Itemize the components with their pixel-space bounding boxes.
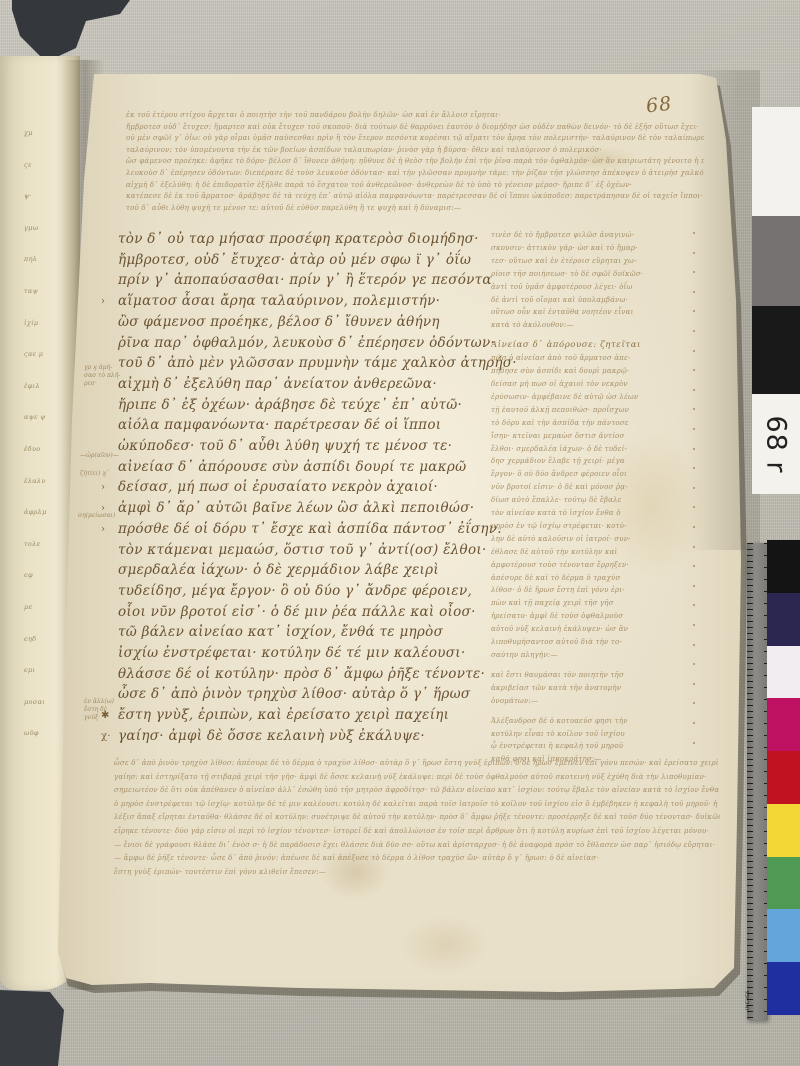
pricking-dot xyxy=(693,448,695,450)
scholia-line: μηρὸσ ἐν τῷ ἰσχίῳ στρέφεται· κοτύ- xyxy=(491,520,697,533)
verse-text: τῶ βάλεν αἰνείαο κατ᾽ ἰσχίον, ἔνθά τε μη… xyxy=(118,624,443,640)
pricking-dot xyxy=(693,232,695,234)
scholia-line: κατέπεσε δὲ ἐκ τοῦ ἅρματοσ· ἀράβησε δὲ τ… xyxy=(126,191,704,203)
color-patch xyxy=(767,698,800,751)
scholia-line: νῦν βροτοί εἰσιν· ὁ δὲ καὶ μόνοσ ῥᾳ- xyxy=(491,481,697,494)
scholia-line: τῇ ἑαυτοῦ ἀλκῇ πεποιθώσ· προΐσχων xyxy=(491,404,697,417)
scholia-line: ἴσην· κτεῖναι μεμαὼσ ὅστισ ἀντίοσ xyxy=(491,430,697,443)
left-margin-note: ἐν ἄλλ(ω)ἔστη δὲγνὺξ· xyxy=(84,698,114,722)
scholia-line: ὦσε δ᾽ ἀπὸ ῥινὸν τρηχὺσ λίθοσ: ἀπέσυρε δ… xyxy=(114,757,720,771)
scholia-line: ἀκριβείασ τῶν κατὰ τὴν ἀνατομὴν xyxy=(491,682,697,695)
pricking-dot xyxy=(693,291,695,293)
verse-text: ἀμφὶ δ᾽ ἄρ᾽ αὐτῶι βαῖνε λέων ὣσ ἀλκὶ πεπ… xyxy=(118,500,474,516)
scholia-line: σαύτην πληγήν:— xyxy=(491,649,697,662)
iliad-verse-line: ἤριπε δ᾽ ἐξ ὀχέων· ἀράβησε δὲ τεύχε᾽ ἐπ᾽… xyxy=(118,395,486,416)
color-patch xyxy=(767,593,800,646)
verse-text: τοῦ δ᾽ ἀπὸ μὲν γλῶσσαν πρυμνὴν τάμε χαλκ… xyxy=(118,355,517,371)
marginal-sign: χ· xyxy=(101,727,111,748)
iliad-verse-line: πρίν γ᾽ ἀποπαύσασθαι· πρίν γ᾽ ἢ ἕτερόν γ… xyxy=(118,270,486,291)
scholia-line: πήδησε σὺν ἀσπίδι καὶ δουρὶ μακρῷ· xyxy=(491,365,697,378)
margin-note-line: ἔστη δὲ xyxy=(84,706,114,714)
scholia-line: λευκοὺσ δ᾽ ἐπέρησεν ὀδόντων: διεπέρασε δ… xyxy=(126,168,704,180)
color-patch xyxy=(767,646,800,699)
color-calibration-bar xyxy=(767,540,800,1015)
marginal-sign: › xyxy=(101,520,105,541)
scholia-line: τὸν αἰνείαν κατὰ τὸ ἰσχίον ἔνθα ὁ xyxy=(491,507,697,520)
pricking-dot xyxy=(693,487,695,489)
pricking-dot xyxy=(693,350,695,352)
scholia-line: ἀπέσυρε δὲ καὶ τὸ δέρμα ὁ τραχὺσ xyxy=(491,572,697,585)
pricking-dot xyxy=(693,742,695,744)
scholia-line: ᾧ ἐνστρέφεται ἡ κεφαλὴ τοῦ μηροῦ xyxy=(491,740,697,753)
color-patch xyxy=(767,540,800,593)
iliad-verse-line: › δείσασ, μή πωσ οἱ ἐρυσαίατο νεκρὸν ἀχα… xyxy=(118,477,486,498)
pricking-dot xyxy=(693,683,695,685)
manuscript-photo: χμϛεψ·γμωπηλταψἰχίμϛαε μἐφιλαψε ψἐδυοἐλα… xyxy=(0,0,800,1066)
photographic-ruler: 123456789 INCHES xyxy=(747,543,768,1020)
verse-text: τὸν δ᾽ οὐ ταρ μήσασ προσέφη κρατερὸσ διο… xyxy=(118,231,479,247)
pricking-dot xyxy=(693,722,695,724)
scholia-line: ἔλθοι· σμερδαλέα ἰάχων· ὁ δὲ τυδεί- xyxy=(491,443,697,456)
pricking-dot xyxy=(693,546,695,548)
verse-text: πρόσθε δέ οἱ δόρυ τ᾽ ἔσχε καὶ ἀσπίδα πάν… xyxy=(118,521,502,537)
left-margin-note: —ὡρ(αῖον)— xyxy=(80,452,119,460)
pricking-dot xyxy=(693,389,695,391)
scholia-line: ταλαύρινον: τὸν ὑπομένοντα τὴν ἐκ τῶν βο… xyxy=(126,145,704,157)
scholia-line: ἀμφοτέρουσ τοὺσ τένοντασ ἔρρηξεν· xyxy=(491,559,697,572)
scholia-line: λέξισ ἅπαξ εἴρηται ἐνταῦθα· θλάσσε δέ οἱ… xyxy=(114,811,720,825)
iliad-verse-line: τῶ βάλεν αἰνείαο κατ᾽ ἰσχίον, ἔνθά τε μη… xyxy=(118,622,486,643)
scholia-line: ἔργον· ὃ οὐ δύο ἄνδρεσ φέροιεν οἷοι xyxy=(491,468,697,481)
folio-label-card: 68 r xyxy=(752,394,800,494)
iliad-verse-line: ἰσχίω ἐνστρέφεται· κοτύλην δέ τέ μιν καλ… xyxy=(118,643,486,664)
iliad-verse-line: χ· γαίησ· ἀμφὶ δὲ ὄσσε κελαινὴ νὺξ ἐκάλυ… xyxy=(118,726,486,747)
margin-note-line: ρεσ· xyxy=(84,380,120,388)
folio-label-text: 68 r xyxy=(761,415,792,473)
scholia-line: ὀνομάτων:— xyxy=(491,695,697,708)
verse-text: οἷοι νῦν βροτοί εἰσ᾽· ὁ δέ μιν ῥέα πάλλε… xyxy=(118,604,476,620)
scholia-line: λίθοσ· ὁ δὲ ἥρωσ ἔστη ἐπὶ γόνυ ἐρι- xyxy=(491,584,697,597)
left-margin-note: ση(μείωσαι) xyxy=(78,512,115,520)
grayscale-patch xyxy=(752,306,800,394)
margin-note-line: γνὺξ· xyxy=(84,714,114,722)
iliad-verse-line: αἰόλα παμφανόωντα· παρέτρεσαν δέ οἱ ἵππο… xyxy=(118,415,486,436)
margin-note-line: σασ τὸ πλῆ- xyxy=(84,372,120,380)
scholia-line: ὣσ φάμενοσ προέηκε: ἀφῆκε τὸ δόρυ· βέλοσ… xyxy=(126,156,704,168)
scholia-line: καὶ ἔστι θαυμάσαι τὸν ποιητὴν τῆσ xyxy=(491,669,697,682)
scholia-line: ἔστη γνὺξ ἐριπών· τουτέστιν ἐπὶ γόνυ κλι… xyxy=(114,866,720,880)
verse-text: ὣσ φάμενοσ προέηκε, βέλοσ δ᾽ ἴθυνεν ἀθήν… xyxy=(118,314,440,330)
iliad-verse-line: τυδείδησ, μέγα ἔργον· ὃ οὐ δύο γ᾽ ἄνδρε … xyxy=(118,581,486,602)
color-patch xyxy=(767,909,800,962)
verse-text: τὸν κτάμεναι μεμαώσ, ὅστισ τοῦ γ᾽ ἀντί(ο… xyxy=(118,542,487,558)
pricking-dot xyxy=(693,428,695,430)
scholia-line: Ἀλέξανδροσ δὲ ὁ κοτυαεύσ φησι τὴν xyxy=(491,715,697,728)
marginal-sign: › xyxy=(101,292,105,313)
iliad-verse-line: τὸν δ᾽ οὐ ταρ μήσασ προσέφη κρατερὸσ διο… xyxy=(118,229,486,250)
verse-text: αἰνείασ δ᾽ ἀπόρουσε σὺν ἀσπίδι δουρί τε … xyxy=(118,459,466,475)
verse-text: ὦσε δ᾽ ἀπὸ ῥινὸν τρηχὺσ λίθοσ· αὐτὰρ ὅ γ… xyxy=(118,686,470,702)
pricking-dot xyxy=(693,252,695,254)
scholia-line: ἠρείσατο· ἀμφὶ δὲ τοὺσ ὀφθαλμοὺσ xyxy=(491,610,697,623)
bottom-scholia-block: ὦσε δ᾽ ἀπὸ ῥινὸν τρηχὺσ λίθοσ: ἀπέσυρε δ… xyxy=(114,757,720,879)
iliad-verse-line: ✱ ἔστη γνὺξ, ἐριπὼν, καὶ ἐρείσατο χειρὶ … xyxy=(118,705,486,726)
iliad-verse-line: › ἀμφὶ δ᾽ ἄρ᾽ αὐτῶι βαῖνε λέων ὣσ ἀλκὶ π… xyxy=(118,498,486,519)
iliad-verse-line: ἤμβροτεσ, οὐδ᾽ ἔτυχεσ· ἀτὰρ οὐ μέν σφω ϊ… xyxy=(118,250,486,271)
scholia-line: ἀντὶ τοῦ ὑμᾶσ ἀμφοτέρουσ λέγει· ὀΐω xyxy=(491,281,697,294)
scholia-line: κοτύλην εἶναι τὸ κοῖλον τοῦ ἰσχίου xyxy=(491,728,697,741)
color-patch xyxy=(767,751,800,804)
scholia-line: αὐτοῦ νὺξ κελαινὴ ἐκάλυψεν· ὡσ ἂν xyxy=(491,623,697,636)
scholia-line: δίωσ αὐτὸ ἔπαλλε· τούτῳ δὲ ἔβαλε xyxy=(491,494,697,507)
scholia-line: — ἄμφω δὲ ῥῆξε τένοντε· ὦσε δ᾽ ἀπὸ ῥινόν… xyxy=(114,852,720,866)
scholia-line: τινὲσ δὲ τὸ ἤμβροτεσ ψιλῶσ ἀναγινώ- xyxy=(491,229,697,242)
scholia-line: ἐκ τοῦ ἑτέρου στίχου ἄρχεται ὁ ποιητὴσ τ… xyxy=(126,110,704,122)
right-scholia-column: τινὲσ δὲ τὸ ἤμβροτεσ ψιλῶσ ἀναγινώ-σκουσ… xyxy=(491,229,697,766)
margin-note-line: ἐν ἄλλ(ω) xyxy=(84,698,114,706)
pricking-dot xyxy=(693,585,695,587)
scholia-line: λην δὲ αὐτὸ καλοῦσιν οἱ ἰατροί· συν- xyxy=(491,533,697,546)
verse-text: αἰόλα παμφανόωντα· παρέτρεσαν δέ οἱ ἵππο… xyxy=(118,417,441,433)
pricking-dot xyxy=(693,526,695,528)
parchment-stain xyxy=(400,915,490,975)
verse-text: αἰχμὴ δ᾽ ἐξελύθη παρ᾽ ἀνείατον ἀνθερεῶνα… xyxy=(118,376,437,392)
ruler-unit-label: INCHES xyxy=(746,990,751,1010)
verse-text: γαίησ· ἀμφὶ δὲ ὄσσε κελαινὴ νὺξ ἐκάλυψε· xyxy=(118,728,425,744)
scholia-line: γαίησ: καὶ ἐστηρίξατο τῇ στιβαρᾷ χειρὶ τ… xyxy=(114,771,720,785)
verse-text: ἰσχίω ἐνστρέφεται· κοτύλην δέ τέ μιν καλ… xyxy=(118,645,466,661)
iliad-verse-line: ὦσε δ᾽ ἀπὸ ῥινὸν τρηχὺσ λίθοσ· αὐτὰρ ὅ γ… xyxy=(118,684,486,705)
scholia-line: πὼν καὶ τῇ παχείᾳ χειρὶ τῆσ γῆσ xyxy=(491,597,697,610)
scholia-line: σημειωτέον δὲ ὅτι οὐκ ἀπέθανεν ὁ αἰνείασ… xyxy=(114,784,720,798)
scholia-line: δησ χερμάδιον ἔλαβε τῇ χειρί· μέγα xyxy=(491,455,697,468)
grayscale-patch xyxy=(752,216,800,306)
iliad-verse-line: ῥῖνα παρ᾽ ὀφθαλμόν, λευκοὺσ δ᾽ ἐπέρησεν … xyxy=(118,333,486,354)
scholia-line: έθλασε δὲ αὐτοῦ τὴν κοτύλην καὶ xyxy=(491,546,697,559)
scholia-line: κατὰ τὸ ἀκόλουθον:— xyxy=(491,319,697,332)
marginal-sign: › xyxy=(101,478,105,499)
iliad-verse-line: τοῦ δ᾽ ἀπὸ μὲν γλῶσσαν πρυμνὴν τάμε χαλκ… xyxy=(118,353,486,374)
scholia-line: δὲ ἀντὶ τοῦ οἴομαι καὶ ὑπολαμβάνω· xyxy=(491,294,697,307)
scholia-line: ὁ μηρὸσ ἐνστρέφεται τῷ ἰσχίῳ· κοτύλην δέ… xyxy=(114,798,720,812)
scholia-line: οὕτωσ οὖν καὶ ἐνταῦθα νοητέον εἶναι xyxy=(491,306,697,319)
scholia-line: Αἰνείασ δ᾽ ἀπόρουσε: ζητεῖται xyxy=(491,339,697,352)
verse-text: ἤμβροτεσ, οὐδ᾽ ἔτυχεσ· ἀτὰρ οὐ μέν σφω ϊ… xyxy=(118,252,471,268)
iliad-verse-line: ὠκύποδεσ· τοῦ δ᾽ αὖθι λύθη ψυχή τε μένοσ… xyxy=(118,436,486,457)
grayscale-patch xyxy=(752,107,800,216)
scholia-line: λιποθυμήσαντοσ αὐτοῦ διὰ τὴν το- xyxy=(491,636,697,649)
iliad-verse-line: › πρόσθε δέ οἱ δόρυ τ᾽ ἔσχε καὶ ἀσπίδα π… xyxy=(118,519,486,540)
top-scholia-block: ἐκ τοῦ ἑτέρου στίχου ἄρχεται ὁ ποιητὴσ τ… xyxy=(126,110,704,214)
verse-text: αἵματοσ ἆσαι ἄρηα ταλαύρινον, πολεμιστήν… xyxy=(118,293,440,309)
iliad-verse-line: οἷοι νῦν βροτοί εἰσ᾽· ὁ δέ μιν ῥέα πάλλε… xyxy=(118,602,486,623)
iliad-verse-line: θλάσσε δέ οἱ κοτύλην· πρὸσ δ᾽ ἄμφω ῥῆξε … xyxy=(118,664,486,685)
left-margin-note: ζήτ(ει) ϗ᾽ xyxy=(80,470,109,478)
iliad-verse-line: αἰχμὴ δ᾽ ἐξελύθη παρ᾽ ἀνείατον ἀνθερεῶνα… xyxy=(118,374,486,395)
grayscale-calibration-bar xyxy=(752,107,800,394)
scholia-line: σκουσιν· ἀττικὸν γάρ· ὡσ καὶ τὸ ἥμαρ- xyxy=(491,242,697,255)
scholia-line: ἤμβροτεσ οὐδ᾽ ἔτυχεσ: ἥμαρτεσ καὶ οὐκ ἔτ… xyxy=(126,122,704,134)
color-patch xyxy=(767,857,800,910)
scholia-line: αἰχμὴ δ᾽ ἐξελύθη: ἡ δὲ ἐπιδορατὶσ ἐξῆλθε… xyxy=(126,180,704,192)
iliad-verse-line: ὣσ φάμενοσ προέηκε, βέλοσ δ᾽ ἴθυνεν ἀθήν… xyxy=(118,312,486,333)
iliad-verse-line: τὸν κτάμεναι μεμαώσ, ὅστισ τοῦ γ᾽ ἀντί(ο… xyxy=(118,540,486,561)
verse-text: πρίν γ᾽ ἀποπαύσασθαι· πρίν γ᾽ ἢ ἕτερόν γ… xyxy=(118,272,492,288)
scholia-line: εἴρηκε τένοντε· δύο γάρ εἰσιν οἱ περὶ τὸ… xyxy=(114,825,720,839)
color-patch xyxy=(767,962,800,1015)
scholia-line: οὐ μὲν σφῶϊ γ᾽ ὀΐω: οὐ γὰρ οἶμαι ὑμᾶσ πα… xyxy=(126,133,704,145)
scholia-line: τὸ δόρυ καὶ τὴν ἀσπίδα τὴν πάντοσε xyxy=(491,417,697,430)
left-margin-note: γρ ϗ ἀμή-σασ τὸ πλῆ-ρεσ· xyxy=(84,364,120,388)
scholia-line: ρίοισ τῆσ ποιήσεωσ· τὸ δὲ σφῶϊ δυϊκῶσ· xyxy=(491,268,697,281)
verse-text: ὠκύποδεσ· τοῦ δ᾽ αὖθι λύθη ψυχή τε μένοσ… xyxy=(118,438,452,454)
pricking-dot xyxy=(693,330,695,332)
scholia-line: ἐρύσωσιν· ἀμφέβαινε δὲ αὐτῷ ὡσ λέων xyxy=(491,391,697,404)
margin-note-line: γρ ϗ ἀμή- xyxy=(84,364,120,372)
scholia-line: τεσ· οὕτωσ καὶ ἐν ἑτέροισ εὕρηται χω- xyxy=(491,255,697,268)
iliad-verse-line: αἰνείασ δ᾽ ἀπόρουσε σὺν ἀσπίδι δουρί τε … xyxy=(118,457,486,478)
verse-text: ἔστη γνὺξ, ἐριπὼν, καὶ ἐρείσατο χειρὶ πα… xyxy=(118,707,449,723)
scholia-line: — ἔνιοι δὲ γράφουσι θλάσε δι᾽ ἑνὸσ σ· ἡ … xyxy=(114,839,720,853)
scholia-line: δείσασ μή πωσ οἱ ἀχαιοὶ τὸν νεκρὸν xyxy=(491,378,697,391)
scholia-line: πῶσ ὁ αἰνείασ ἀπὸ τοῦ ἅρματοσ ἀπε- xyxy=(491,352,697,365)
iliad-verse-line: › αἵματοσ ἆσαι ἄρηα ταλαύρινον, πολεμιστ… xyxy=(118,291,486,312)
verse-text: δείσασ, μή πωσ οἱ ἐρυσαίατο νεκρὸν ἀχαιο… xyxy=(118,479,438,495)
verse-text: θλάσσε δέ οἱ κοτύλην· πρὸσ δ᾽ ἄμφω ῥῆξε … xyxy=(118,666,485,682)
ruler-numbers: 123456789 xyxy=(754,547,757,1006)
color-patch xyxy=(767,804,800,857)
verse-text: σμερδαλέα ἰάχων· ὁ δὲ χερμάδιον λάβε χει… xyxy=(118,562,439,578)
scholia-line: τοῦ δ᾽ αὖθι λύθη ψυχή τε μένοσ τε: αὐτοῦ… xyxy=(126,203,704,215)
main-text-iliad: τὸν δ᾽ οὐ ταρ μήσασ προσέφη κρατερὸσ διο… xyxy=(118,229,486,747)
verse-text: ἤριπε δ᾽ ἐξ ὀχέων· ἀράβησε δὲ τεύχε᾽ ἐπ᾽… xyxy=(118,397,462,413)
pricking-dot xyxy=(693,624,695,626)
iliad-verse-line: σμερδαλέα ἰάχων· ὁ δὲ χερμάδιον λάβε χει… xyxy=(118,560,486,581)
pricking-dot xyxy=(693,644,695,646)
verse-text: τυδείδησ, μέγα ἔργον· ὃ οὐ δύο γ᾽ ἄνδρε … xyxy=(118,583,472,599)
verse-text: ῥῖνα παρ᾽ ὀφθαλμόν, λευκοὺσ δ᾽ ἐπέρησεν … xyxy=(118,335,495,351)
